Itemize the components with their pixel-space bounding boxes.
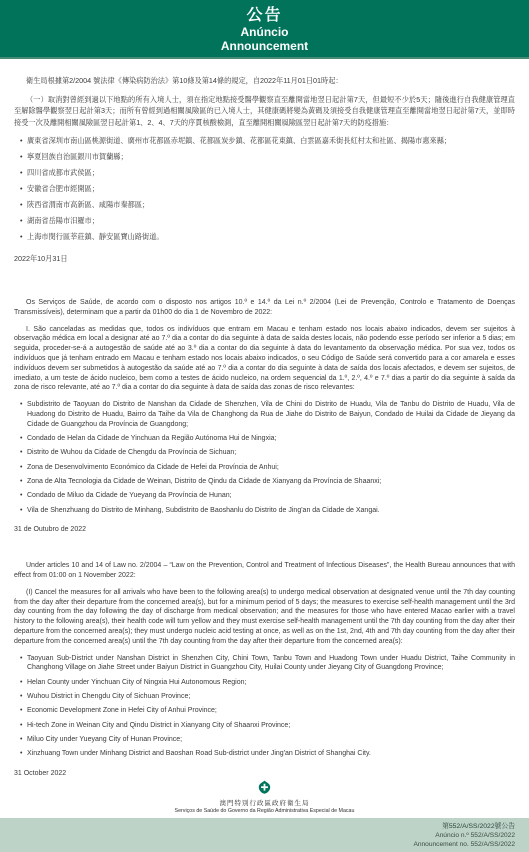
english-area-list: Taoyuan Sub-District under Nanshan Distr… — [14, 654, 515, 759]
footer-org-name-portuguese: Serviços de Saúde do Governo da Região A… — [0, 808, 529, 815]
chinese-area-list: 廣東省深圳市南山區桃源街道、廣州市花都區赤坭鎮、花都區炭步鎮、花都區花東鎮、白雲… — [14, 135, 515, 243]
section-chinese: 衛生局根據第2/2004 號法律《傳染病防治法》第10條及第14條的規定，自20… — [14, 75, 515, 264]
chinese-measures-paragraph: （一）取消對曾經到過以下地點的所有入境人士，須在指定地點接受醫學觀察直至離開當地… — [14, 94, 515, 129]
section-portuguese: Os Serviços de Saúde, de acordo com o di… — [14, 298, 515, 535]
footer-org-block: 澳門特別行政區政府衛生局 Serviços de Saúde do Govern… — [0, 780, 529, 818]
chinese-intro-paragraph: 衛生局根據第2/2004 號法律《傳染病防治法》第10條及第14條的規定，自20… — [14, 75, 515, 87]
portuguese-area-list: Subdistrito de Taoyuan do Distrito de Na… — [14, 400, 515, 515]
announcement-header-banner: 公告 Anúncio Announcement — [0, 0, 529, 59]
chinese-date: 2022年10月31日 — [14, 253, 515, 265]
chinese-area-item: 寧夏回族自治區銀川市賀蘭縣； — [14, 151, 515, 163]
announcement-body: 衛生局根據第2/2004 號法律《傳染病防治法》第10條及第14條的規定，自20… — [14, 75, 515, 779]
portuguese-area-item: Condado de Helan da Cidade de Yinchuan d… — [14, 434, 515, 444]
health-bureau-logo-icon — [257, 780, 272, 795]
portuguese-measures-paragraph: I. São canceladas as medidas que, todos … — [14, 325, 515, 394]
chinese-area-item: 四川省成都市武侯區； — [14, 167, 515, 179]
english-date: 31 October 2022 — [14, 769, 515, 779]
english-measures-paragraph: (I) Cancel the measures for all arrivals… — [14, 588, 515, 647]
footer-org-name-chinese: 澳門特別行政區政府衛生局 — [0, 800, 529, 808]
reference-number-english: Announcement no. 552/A/SS/2022 — [0, 840, 515, 849]
chinese-area-item: 廣東省深圳市南山區桃源街道、廣州市花都區赤坭鎮、花都區炭步鎮、花都區花東鎮、白雲… — [14, 135, 515, 147]
portuguese-area-item: Distrito de Wuhou da Cidade de Chengdu d… — [14, 448, 515, 458]
english-area-item: Helan County under Yinchuan City of Ning… — [14, 678, 515, 688]
english-area-item: Hi-tech Zone in Weinan City and Qindu Di… — [14, 721, 515, 731]
english-area-item: Taoyuan Sub-District under Nanshan Distr… — [14, 654, 515, 674]
portuguese-area-item: Zona de Alta Tecnologia da Cidade de Wei… — [14, 477, 515, 487]
portuguese-area-item: Subdistrito de Taoyuan do Distrito de Na… — [14, 400, 515, 429]
chinese-area-item: 湖南省岳陽市汨羅市； — [14, 215, 515, 227]
chinese-area-item: 安徽省合肥市經開區； — [14, 183, 515, 195]
chinese-area-item: 陝西省渭南市高新區、咸陽市秦都區； — [14, 199, 515, 211]
header-title-chinese: 公告 — [0, 7, 529, 25]
reference-number-portuguese: Anúncio n.º 552/A/SS/2022 — [0, 831, 515, 840]
header-title-portuguese: Anúncio — [0, 25, 529, 39]
english-intro-paragraph: Under articles 10 and 14 of Law no. 2/20… — [14, 561, 515, 581]
portuguese-area-item: Zona de Desenvolvimento Económico da Cid… — [14, 463, 515, 473]
portuguese-intro-paragraph: Os Serviços de Saúde, de acordo com o di… — [14, 298, 515, 318]
chinese-area-item: 上海市閔行區莘莊鎮、靜安區寶山路街道。 — [14, 231, 515, 243]
header-title-english: Announcement — [0, 39, 529, 53]
portuguese-area-item: Condado de Miluo da Cidade de Yueyang da… — [14, 491, 515, 501]
portuguese-date: 31 de Outubro de 2022 — [14, 525, 515, 535]
english-area-item: Miluo City under Yueyang City of Hunan P… — [14, 735, 515, 745]
english-area-item: Economic Development Zone in Hefei City … — [14, 706, 515, 716]
english-area-item: Xinzhuang Town under Minhang District an… — [14, 749, 515, 759]
reference-number-bar: 第552/A/SS/2022號公告 Anúncio n.º 552/A/SS/2… — [0, 818, 529, 852]
reference-number-chinese: 第552/A/SS/2022號公告 — [0, 822, 515, 831]
english-area-item: Wuhou District in Chengdu City of Sichua… — [14, 692, 515, 702]
portuguese-area-item: Vila de Shenzhuang do Distrito de Minhan… — [14, 506, 515, 516]
section-english: Under articles 10 and 14 of Law no. 2/20… — [14, 561, 515, 779]
